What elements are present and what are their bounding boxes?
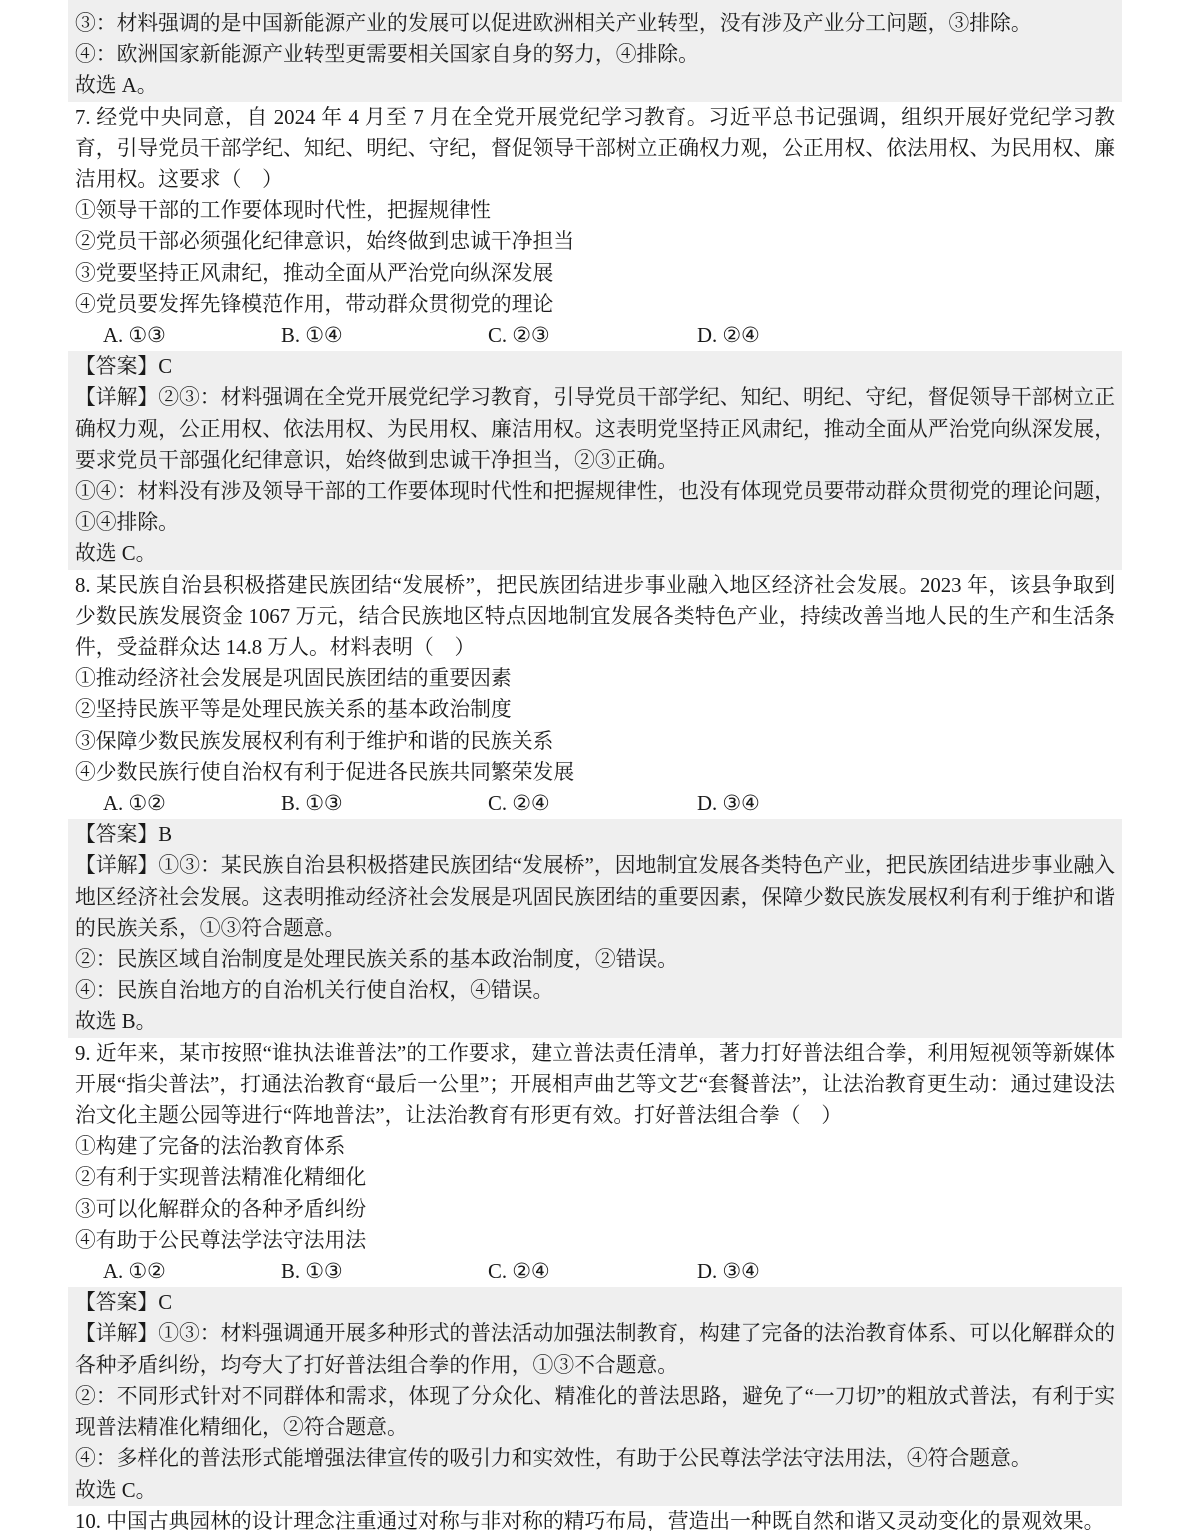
explanation-paragraph: ①④：材料没有涉及领导干部的工作要体现时代性和把握规律性，也没有体现党员要带动群… bbox=[75, 476, 1115, 538]
explanation-paragraph: ④：多样化的普法形式能增强法律宣传的吸引力和实效性，有助于公民尊法学法守法用法，… bbox=[75, 1443, 1115, 1474]
explanation-paragraph: 【详解】①③：某民族自治县积极搭建民族团结“发展桥”，因地制宜发展各类特色产业，… bbox=[75, 850, 1115, 944]
answer-line: 【答案】B bbox=[75, 819, 1115, 850]
question-9: 9. 近年来，某市按照“谁执法谁普法”的工作要求，建立普法责任清单，著力打好普法… bbox=[68, 1038, 1122, 1288]
option-item: ①领导干部的工作要体现时代性，把握规律性 bbox=[75, 195, 1115, 226]
answer-conclusion: 故选 C。 bbox=[75, 1475, 1115, 1506]
answer-label: 【答案】 bbox=[75, 1291, 158, 1314]
choice-b: B. ①④ bbox=[281, 320, 343, 351]
option-item: ②党员干部必须强化纪律意识，始终做到忠诚干净担当 bbox=[75, 226, 1115, 257]
option-item: ①推动经济社会发展是巩固民族团结的重要因素 bbox=[75, 663, 1115, 694]
question-8-answer-section: 【答案】B 【详解】①③：某民族自治县积极搭建民族团结“发展桥”，因地制宜发展各… bbox=[68, 819, 1122, 1037]
answer-value: C bbox=[158, 1291, 172, 1314]
exam-answer-document-page: ③：材料强调的是中国新能源产业的发展可以促进欧洲相关产业转型，没有涉及产业分工问… bbox=[0, 0, 1190, 1531]
choice-row: A. ①② B. ①③ C. ②④ D. ③④ bbox=[75, 788, 1115, 819]
previous-answer-section: ③：材料强调的是中国新能源产业的发展可以促进欧洲相关产业转型，没有涉及产业分工问… bbox=[68, 0, 1122, 102]
answer-conclusion: 故选 B。 bbox=[75, 1006, 1115, 1037]
choice-row: A. ①③ B. ①④ C. ②③ D. ②④ bbox=[75, 320, 1115, 351]
choice-a: A. ①② bbox=[103, 1256, 166, 1287]
explanation-paragraph: ②：民族区域自治制度是处理民族关系的基本政治制度，②错误。 bbox=[75, 944, 1115, 975]
question-9-answer-section: 【答案】C 【详解】①③：材料强调通开展多种形式的普法活动加强法制教育，构建了完… bbox=[68, 1287, 1122, 1505]
option-item: ③可以化解群众的各种矛盾纠纷 bbox=[75, 1194, 1115, 1225]
question-7-answer-section: 【答案】C 【详解】②③：材料强调在全党开展党纪学习教育，引导党员干部学纪、知纪… bbox=[68, 351, 1122, 569]
choice-c: C. ②④ bbox=[488, 1256, 550, 1287]
option-item: ④少数民族行使自治权有利于促进各民族共同繁荣发展 bbox=[75, 757, 1115, 788]
choice-d: D. ③④ bbox=[697, 788, 760, 819]
explanation-paragraph: ③：材料强调的是中国新能源产业的发展可以促进欧洲相关产业转型，没有涉及产业分工问… bbox=[75, 8, 1115, 39]
choice-row: A. ①② B. ①③ C. ②④ D. ③④ bbox=[75, 1256, 1115, 1287]
choice-d: D. ③④ bbox=[697, 1256, 760, 1287]
explanation-paragraph: ②：不同形式针对不同群体和需求，体现了分众化、精准化的普法思路，避免了“一刀切”… bbox=[75, 1381, 1115, 1443]
question-stem: 7. 经党中央同意，自 2024 年 4 月至 7 月在全党开展党纪学习教育。习… bbox=[75, 102, 1115, 196]
option-item: ③党要坚持正风肃纪，推动全面从严治党向纵深发展 bbox=[75, 258, 1115, 289]
question-10: 10. 中国古典园林的设计理念注重通过对称与非对称的精巧布局，营造出一种既自然和… bbox=[68, 1506, 1122, 1531]
explanation-paragraph: ④：欧洲国家新能源产业转型更需要相关国家自身的努力，④排除。 bbox=[75, 39, 1115, 70]
answer-value: C bbox=[158, 355, 172, 378]
choice-a: A. ①③ bbox=[103, 320, 166, 351]
answer-conclusion: 故选 C。 bbox=[75, 538, 1115, 569]
answer-line: 【答案】C bbox=[75, 351, 1115, 382]
choice-c: C. ②③ bbox=[488, 320, 550, 351]
answer-line: 【答案】C bbox=[75, 1287, 1115, 1318]
choice-b: B. ①③ bbox=[281, 1256, 343, 1287]
answer-value: B bbox=[158, 823, 172, 846]
option-item: ③保障少数民族发展权利有利于维护和谐的民族关系 bbox=[75, 726, 1115, 757]
choice-b: B. ①③ bbox=[281, 788, 343, 819]
option-item: ②有利于实现普法精准化精细化 bbox=[75, 1162, 1115, 1193]
choice-c: C. ②④ bbox=[488, 788, 550, 819]
explanation-paragraph: 【详解】②③：材料强调在全党开展党纪学习教育，引导党员干部学纪、知纪、明纪、守纪… bbox=[75, 382, 1115, 476]
answer-label: 【答案】 bbox=[75, 355, 158, 378]
option-item: ④党员要发挥先锋模范作用，带动群众贯彻党的理论 bbox=[75, 289, 1115, 320]
question-7: 7. 经党中央同意，自 2024 年 4 月至 7 月在全党开展党纪学习教育。习… bbox=[68, 102, 1122, 352]
question-stem: 10. 中国古典园林的设计理念注重通过对称与非对称的精巧布局，营造出一种既自然和… bbox=[75, 1506, 1115, 1531]
explanation-paragraph: 【详解】①③：材料强调通开展多种形式的普法活动加强法制教育，构建了完备的法治教育… bbox=[75, 1318, 1115, 1380]
option-item: ①构建了完备的法治教育体系 bbox=[75, 1131, 1115, 1162]
question-stem: 8. 某民族自治县积极搭建民族团结“发展桥”，把民族团结进步事业融入地区经济社会… bbox=[75, 570, 1115, 664]
explanation-paragraph: ④：民族自治地方的自治机关行使自治权，④错误。 bbox=[75, 975, 1115, 1006]
choice-a: A. ①② bbox=[103, 788, 166, 819]
option-item: ②坚持民族平等是处理民族关系的基本政治制度 bbox=[75, 694, 1115, 725]
choice-d: D. ②④ bbox=[697, 320, 760, 351]
option-item: ④有助于公民尊法学法守法用法 bbox=[75, 1225, 1115, 1256]
question-stem: 9. 近年来，某市按照“谁执法谁普法”的工作要求，建立普法责任清单，著力打好普法… bbox=[75, 1038, 1115, 1132]
answer-conclusion: 故选 A。 bbox=[75, 70, 1115, 101]
question-8: 8. 某民族自治县积极搭建民族团结“发展桥”，把民族团结进步事业融入地区经济社会… bbox=[68, 570, 1122, 820]
answer-label: 【答案】 bbox=[75, 823, 158, 846]
